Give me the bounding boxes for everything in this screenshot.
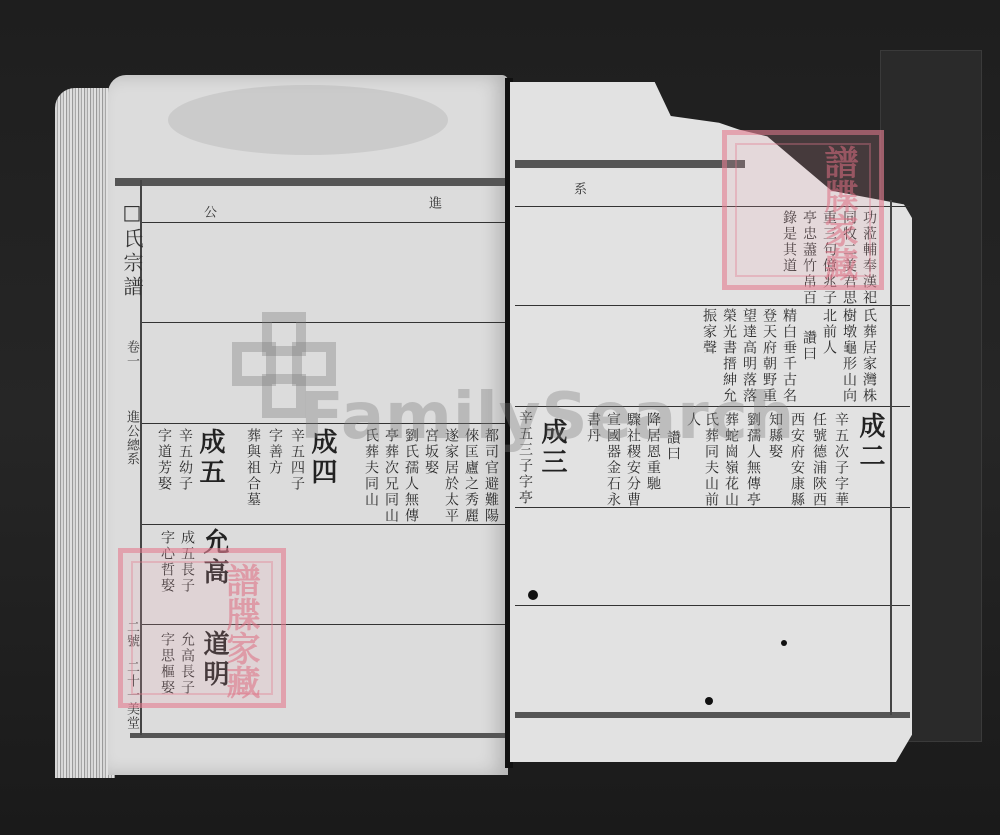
entry-text: 字道芳娶 <box>155 428 172 492</box>
book-title: □氏宗譜 <box>118 200 147 300</box>
seal-text: 譜牒家藏 <box>814 145 863 281</box>
left-rule-3 <box>140 524 505 525</box>
left-frame-top <box>115 178 505 186</box>
right-margin-rule <box>890 200 892 715</box>
text-column: 振家聲 <box>700 308 717 356</box>
red-seal-stamp: 譜牒家藏 <box>722 130 884 290</box>
section-label: 進公總系 <box>122 410 141 466</box>
paper-damage <box>705 697 713 705</box>
left-rule-1 <box>140 322 505 323</box>
left-frame-bottom <box>130 733 505 738</box>
stacked-page-edges <box>55 88 115 778</box>
entry-text: 葬與祖合墓 <box>244 428 261 508</box>
left-header-right: 進 <box>425 196 442 211</box>
paper-damage <box>781 640 787 646</box>
volume-label: 卷一 <box>122 340 141 368</box>
entry-name-cheng-er: 成二 <box>856 412 884 472</box>
right-rule-4 <box>515 605 910 606</box>
entry-text: 任號德浦陝西 <box>810 412 827 508</box>
familysearch-watermark: FamilySearch <box>300 380 795 454</box>
entry-text: 字善方 <box>266 428 283 476</box>
red-seal-stamp: 譜牒家藏 <box>118 548 286 708</box>
right-header-label: 系 <box>570 182 587 197</box>
text-column: 樹墩龜形山向 <box>840 308 857 404</box>
text-column: 讚曰 <box>800 330 817 362</box>
text-column: 北前人 <box>820 308 837 356</box>
right-frame-bottom <box>515 712 910 718</box>
entry-name-cheng-wu: 成五 <box>196 428 224 488</box>
seal-text: 譜牒家藏 <box>216 563 265 699</box>
text-column: 氏葬居家灣株 <box>860 308 877 404</box>
paper-damage <box>528 590 538 600</box>
left-header-rule <box>140 222 505 223</box>
left-header-left: 公 <box>200 205 217 220</box>
water-stain <box>168 85 448 155</box>
right-frame-top <box>515 160 745 168</box>
entry-text: 辛五幼子 <box>176 428 193 492</box>
entry-text: 辛五次子字華 <box>832 412 849 508</box>
